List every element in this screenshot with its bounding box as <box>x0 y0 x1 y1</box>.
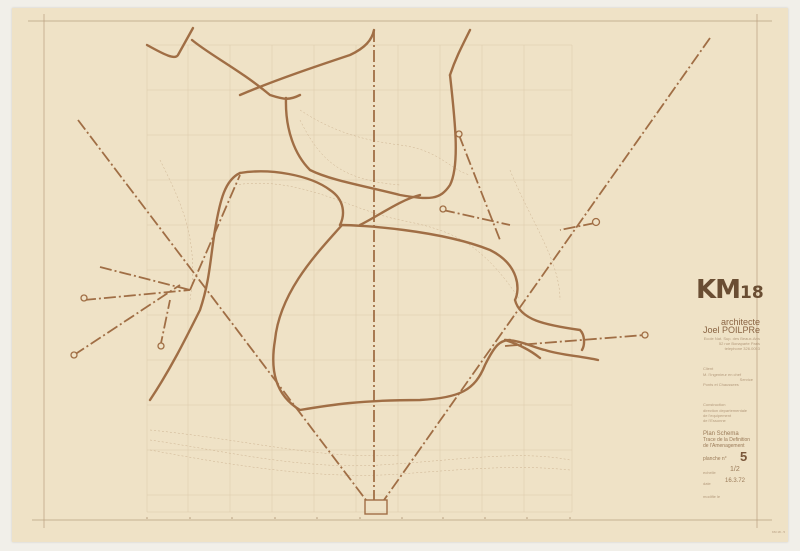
corner-note: KM 18 - 5 <box>772 530 785 534</box>
date-label: date <box>703 481 711 486</box>
sight-lines <box>74 30 710 500</box>
plan-line-3: de l'Amenagement <box>703 443 745 449</box>
site-plan-drawing <box>0 0 800 551</box>
client-line-3: Ponts et Chaussees <box>703 382 739 387</box>
client-label: Client <box>703 366 713 371</box>
echelle-value: 1/2 <box>730 467 740 473</box>
planche-label: planche n° <box>703 456 727 462</box>
architect-name: Joel POILPRe <box>700 326 760 335</box>
planche-number: 5 <box>740 450 747 463</box>
main-paths <box>147 28 598 410</box>
survey-grid <box>147 45 572 512</box>
echelle-label: echelle <box>703 470 716 475</box>
frame-lines <box>28 14 772 528</box>
contour-lines <box>150 110 570 475</box>
date-value: 16.3.72 <box>725 478 745 484</box>
sheet-code: KM18 <box>696 275 764 305</box>
modif-label: modifie le <box>703 494 720 499</box>
construction-label: Construction <box>703 402 725 407</box>
scale-marks <box>146 517 571 519</box>
construction-line-3: de l'Essonne <box>703 418 726 423</box>
architect-address-3: telephone 326.0053 <box>700 346 760 351</box>
viewpoint-markers <box>71 131 648 358</box>
